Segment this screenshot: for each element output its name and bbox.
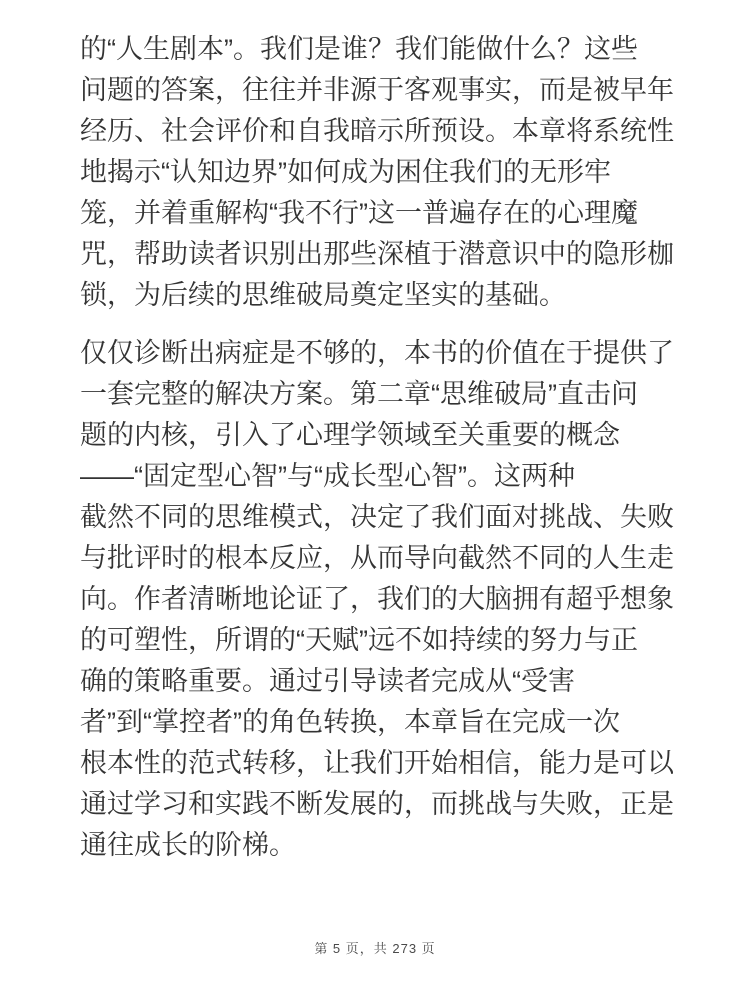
text-line: 通过学习和实践不断发展的，而挑战与失败，正是	[80, 784, 680, 825]
text-line: 经历、社会评价和自我暗示所预设。本章将系统性	[80, 111, 680, 152]
text-line: 确的策略重要。通过引导读者完成从“受害	[80, 661, 680, 702]
text-line: 向。作者清晰地论证了，我们的大脑拥有超乎想象	[80, 579, 680, 620]
text-line: ——“固定型心智”与“成长型心智”。这两种	[80, 456, 680, 497]
text-line: 锁，为后续的思维破局奠定坚实的基础。	[80, 275, 680, 316]
text-line: 一套完整的解决方案。第二章“思维破局”直击问	[80, 374, 680, 415]
reader-page: 的“人生剧本”。我们是谁？我们能做什么？这些 问题的答案，往往并非源于客观事实，…	[0, 0, 750, 1000]
text-line: 咒，帮助读者识别出那些深植于潜意识中的隐形枷	[80, 234, 680, 275]
text-line: 根本性的范式转移，让我们开始相信，能力是可以	[80, 743, 680, 784]
paragraph-2: 仅仅诊断出病症是不够的，本书的价值在于提供了 一套完整的解决方案。第二章“思维破…	[80, 333, 680, 866]
paragraph-1: 的“人生剧本”。我们是谁？我们能做什么？这些 问题的答案，往往并非源于客观事实，…	[80, 29, 680, 316]
text-line: 问题的答案，往往并非源于客观事实，而是被早年	[80, 70, 680, 111]
text-line: 笼，并着重解构“我不行”这一普遍存在的心理魔	[80, 193, 680, 234]
text-line: 仅仅诊断出病症是不够的，本书的价值在于提供了	[80, 333, 680, 374]
text-line: 的“人生剧本”。我们是谁？我们能做什么？这些	[80, 29, 680, 70]
page-number-indicator: 第 5 页，共 273 页	[314, 941, 435, 956]
page-footer: 第 5 页，共 273 页	[0, 940, 750, 958]
document-body: 的“人生剧本”。我们是谁？我们能做什么？这些 问题的答案，往往并非源于客观事实，…	[80, 29, 680, 883]
text-line: 的可塑性，所谓的“天赋”远不如持续的努力与正	[80, 620, 680, 661]
text-line: 地揭示“认知边界”如何成为困住我们的无形牢	[80, 152, 680, 193]
text-line: 者”到“掌控者”的角色转换，本章旨在完成一次	[80, 702, 680, 743]
text-line: 与批评时的根本反应，从而导向截然不同的人生走	[80, 538, 680, 579]
text-line: 题的内核，引入了心理学领域至关重要的概念	[80, 415, 680, 456]
text-line: 截然不同的思维模式，决定了我们面对挑战、失败	[80, 497, 680, 538]
text-line: 通往成长的阶梯。	[80, 825, 680, 866]
